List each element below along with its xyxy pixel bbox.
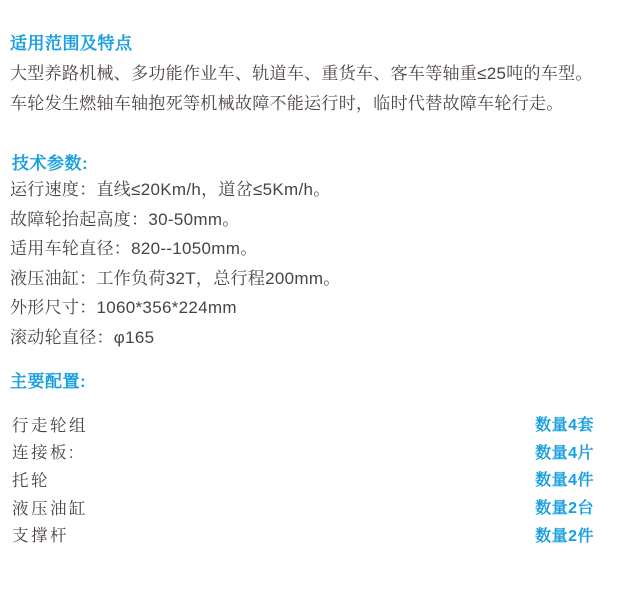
spec-line-speed: 运行速度：直线≤20Km/h，道岔≤5Km/h。 xyxy=(10,175,611,205)
config-item-label: 支撑杆 xyxy=(12,522,69,546)
spec-line-wheel-diameter: 适用车轮直径：820--1050mm。 xyxy=(10,234,611,264)
config-row: 连接板: 数量4片 xyxy=(12,438,594,466)
config-item-label: 托轮 xyxy=(12,467,50,491)
specs-list: 运行速度：直线≤20Km/h，道岔≤5Km/h。 故障轮抬起高度：30-50mm… xyxy=(10,175,611,353)
spec-line-lift-height: 故障轮抬起高度：30-50mm。 xyxy=(10,205,611,235)
specs-section-heading: 技术参数: xyxy=(12,149,88,174)
config-item-label: 连接板: xyxy=(12,439,76,463)
config-row: 托轮 数量4件 xyxy=(12,465,594,493)
product-spec-page: 适用范围及特点 大型养路机械、多功能作业车、轨道车、重货车、客车等轴重≤25吨的… xyxy=(0,0,621,591)
spec-line-hydraulic-cylinder: 液压油缸：工作负荷32T，总行程200mm。 xyxy=(10,264,611,294)
spec-line-roller-diameter: 滚动轮直径：φ165 xyxy=(10,323,611,353)
config-row: 行走轮组 数量4套 xyxy=(12,410,594,438)
features-section-heading: 适用范围及特点 xyxy=(10,29,133,54)
config-item-quantity: 数量2台 xyxy=(535,495,594,518)
spec-line-dimensions: 外形尺寸：1060*356*224mm xyxy=(10,293,611,323)
config-item-label: 液压油缸 xyxy=(12,495,88,519)
config-item-quantity: 数量4件 xyxy=(535,467,594,490)
features-line: 大型养路机械、多功能作业车、轨道车、重货车、客车等轴重≤25吨的车型。 xyxy=(10,59,611,89)
config-item-label: 行走轮组 xyxy=(12,412,88,436)
config-item-quantity: 数量4套 xyxy=(535,412,594,435)
features-line: 车轮发生燃轴车轴抱死等机械故障不能运行时，临时代替故障车轮行走。 xyxy=(10,89,611,119)
features-paragraph: 大型养路机械、多功能作业车、轨道车、重货车、客车等轴重≤25吨的车型。 车轮发生… xyxy=(10,59,611,119)
config-row: 液压油缸 数量2台 xyxy=(12,493,594,521)
config-item-quantity: 数量4片 xyxy=(535,440,594,463)
config-row: 支撑杆 数量2件 xyxy=(12,520,594,548)
config-item-quantity: 数量2件 xyxy=(535,523,594,546)
config-list: 行走轮组 数量4套 连接板: 数量4片 托轮 数量4件 液压油缸 数量2台 支撑… xyxy=(12,410,594,548)
config-section-heading: 主要配置: xyxy=(10,367,86,392)
